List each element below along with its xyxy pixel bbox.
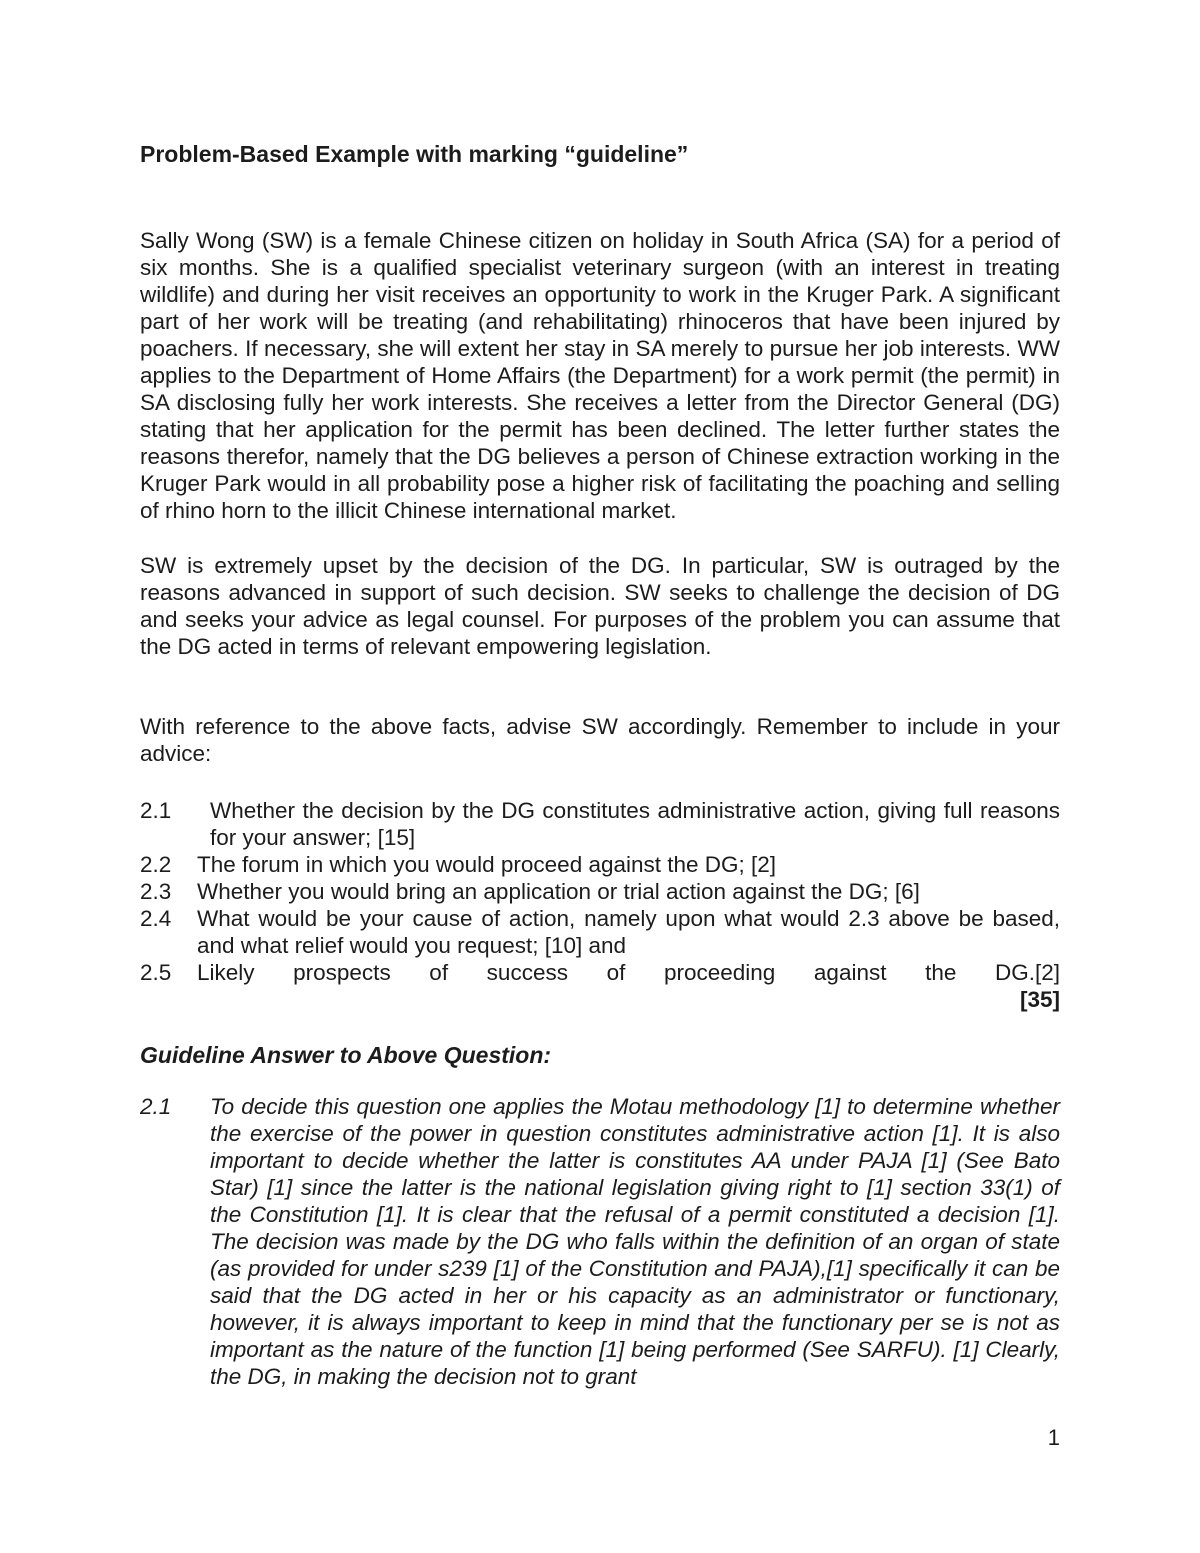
- question-text: Likely prospects of success of proceedin…: [197, 959, 1060, 986]
- answer-item-2-1: 2.1 To decide this question one applies …: [140, 1093, 1060, 1390]
- question-item-2-2: 2.2 The forum in which you would proceed…: [140, 851, 1060, 878]
- question-text: Whether you would bring an application o…: [197, 878, 1060, 905]
- question-item-2-5: 2.5 Likely prospects of success of proce…: [140, 959, 1060, 986]
- document-content: Problem-Based Example with marking “guid…: [140, 0, 1060, 1390]
- document-page: Problem-Based Example with marking “guid…: [0, 0, 1200, 1553]
- paragraph-facts-1: Sally Wong (SW) is a female Chinese citi…: [140, 227, 1060, 524]
- answer-number: 2.1: [140, 1093, 210, 1120]
- page-number: 1: [140, 1424, 1060, 1451]
- question-item-2-4: 2.4 What would be your cause of action, …: [140, 905, 1060, 959]
- question-number: 2.5: [140, 959, 197, 986]
- question-number: 2.2: [140, 851, 197, 878]
- question-text: What would be your cause of action, name…: [197, 905, 1060, 959]
- answer-text: To decide this question one applies the …: [210, 1093, 1060, 1390]
- paragraph-facts-2: SW is extremely upset by the decision of…: [140, 552, 1060, 660]
- total-marks: [35]: [140, 986, 1060, 1013]
- question-item-2-3: 2.3 Whether you would bring an applicati…: [140, 878, 1060, 905]
- question-number: 2.4: [140, 905, 197, 932]
- document-title: Problem-Based Example with marking “guid…: [140, 141, 1060, 168]
- answer-list: 2.1 To decide this question one applies …: [140, 1093, 1060, 1390]
- paragraph-instruction: With reference to the above facts, advis…: [140, 713, 1060, 767]
- question-item-2-1: 2.1 Whether the decision by the DG const…: [140, 797, 1060, 851]
- question-list: 2.1 Whether the decision by the DG const…: [140, 797, 1060, 1013]
- question-number: 2.3: [140, 878, 197, 905]
- question-text: The forum in which you would proceed aga…: [197, 851, 1060, 878]
- guideline-heading: Guideline Answer to Above Question:: [140, 1042, 1060, 1069]
- question-number: 2.1: [140, 797, 210, 824]
- question-text: Whether the decision by the DG constitut…: [210, 797, 1060, 851]
